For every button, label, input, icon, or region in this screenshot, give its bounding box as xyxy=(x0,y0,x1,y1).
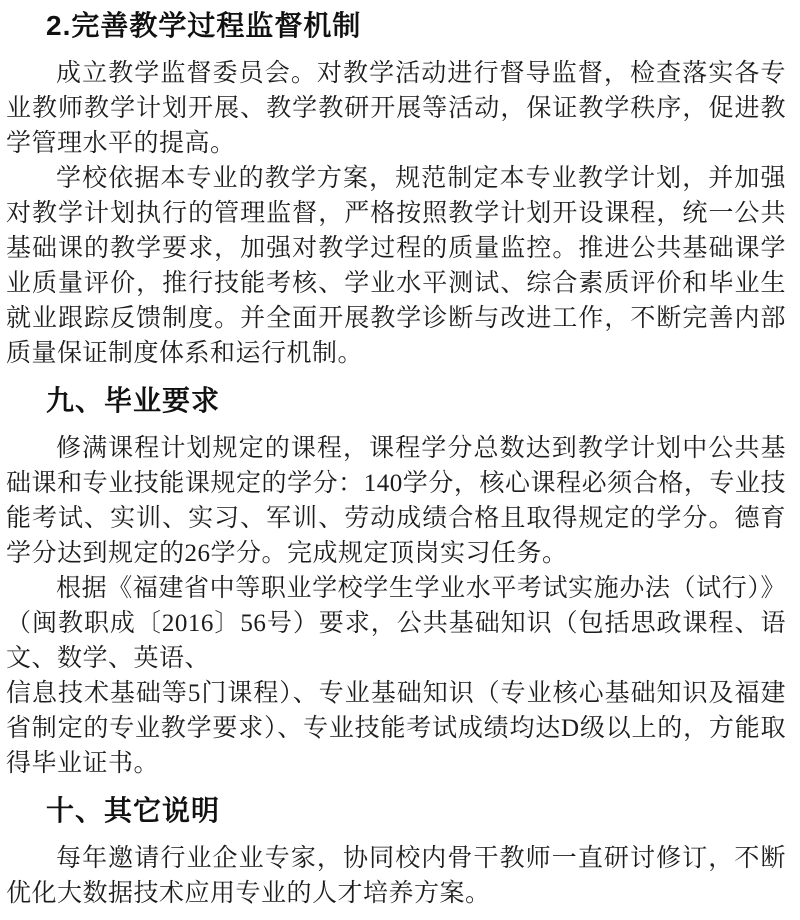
paragraph-annual-plan-revision: 每年邀请行业企业专家，协同校内骨干教师一直研讨修订，不断优化大数据技术应用专业的… xyxy=(6,841,786,911)
heading-graduation-requirements: 九、毕业要求 xyxy=(46,383,786,418)
paragraph-supervision-committee: 成立教学监督委员会。对教学活动进行督导监督，检查落实各专业教师教学计划开展、教学… xyxy=(6,56,786,161)
paragraph-academic-level-exam-basis: 根据《福建省中等职业学校学生学业水平考试实施办法（试行）》（闽教职成〔2016〕… xyxy=(6,571,786,676)
heading-improve-supervision-mechanism: 2.完善教学过程监督机制 xyxy=(46,8,786,43)
document-page: 2.完善教学过程监督机制 成立教学监督委员会。对教学活动进行督导监督，检查落实各… xyxy=(0,0,800,920)
paragraph-school-teaching-plan-quality: 学校依据本专业的教学方案，规范制定本专业教学计划，并加强对教学计划执行的管理监督… xyxy=(6,161,786,371)
paragraph-credit-requirements: 修满课程计划规定的课程，课程学分总数达到教学计划中公共基础课和专业技能课规定的学… xyxy=(6,431,786,571)
paragraph-academic-level-exam-continued: 信息技术基础等5门课程）、专业基础知识（专业核心基础知识及福建省制定的专业教学要… xyxy=(6,676,786,781)
heading-other-notes: 十、其它说明 xyxy=(46,793,786,828)
